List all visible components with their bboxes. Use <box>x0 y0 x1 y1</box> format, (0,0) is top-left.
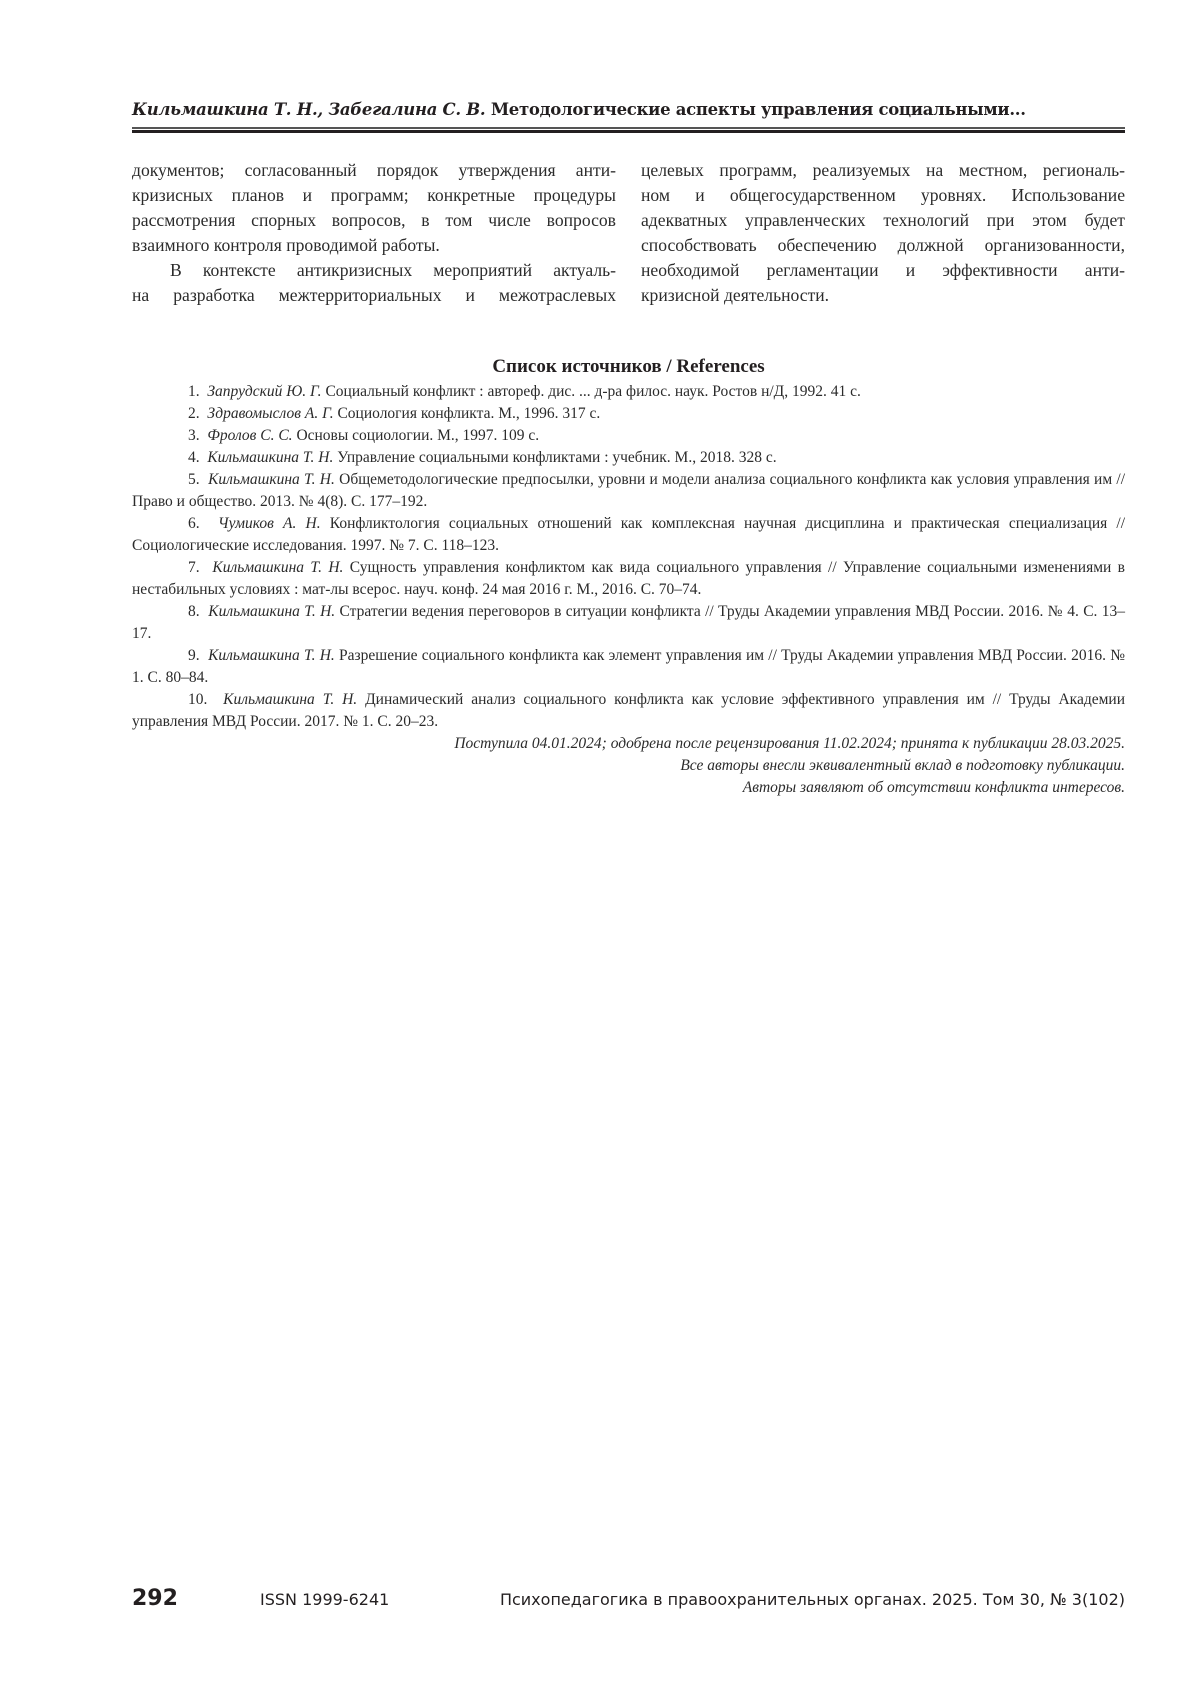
page-footer: 292 ISSN 1999-6241 Психопедагогика в пра… <box>132 1586 1125 1614</box>
text-line: на разработка межтерриториальных и межот… <box>132 283 616 308</box>
running-head: Кильмашкина Т. Н., Забегалина С. В. Мето… <box>132 100 1125 119</box>
reference-number: 9. <box>188 647 200 664</box>
text-line: В контексте антикризисных мероприятий ак… <box>132 258 616 283</box>
reference-number: 2. <box>188 405 200 422</box>
reference-author: Кильмашкина Т. Н. <box>207 449 333 466</box>
reference-author: Фролов С. С. <box>207 427 292 444</box>
reference-text: Социальный конфликт : автореф. дис. ... … <box>325 383 860 400</box>
reference-number: 4. <box>188 449 200 466</box>
text-line: целевых программ, реализуемых на местном… <box>641 158 1125 183</box>
reference-author: Кильмашкина Т. Н. <box>208 471 335 488</box>
text-line: кризисных планов и программ; конкретные … <box>132 183 616 208</box>
text-line: необходимой регламентации и эффективност… <box>641 258 1125 283</box>
text-line: документов; согласованный порядок утверж… <box>132 158 616 183</box>
reference-number: 5. <box>188 471 200 488</box>
submission-dates: Поступила 04.01.2024; одобрена после рец… <box>132 733 1125 755</box>
conflict-statement: Авторы заявляют об отсутствии конфликта … <box>132 777 1125 799</box>
publication-notes: Поступила 04.01.2024; одобрена после рец… <box>132 733 1125 799</box>
page-number: 292 <box>132 1586 178 1611</box>
running-head-authors: Кильмашкина Т. Н., Забегалина С. В. <box>132 100 485 119</box>
reference-text: Социология конфликта. М., 1996. 317 с. <box>337 405 600 422</box>
reference-item: 9. Кильмашкина Т. Н. Разрешение социальн… <box>132 645 1125 689</box>
reference-number: 3. <box>188 427 200 444</box>
text-line: адекватных управленческих технологий при… <box>641 208 1125 233</box>
reference-item: 2. Здравомыслов А. Г. Социология конфлик… <box>132 403 1125 425</box>
journal-page: Кильмашкина Т. Н., Забегалина С. В. Мето… <box>0 0 1200 1697</box>
reference-author: Кильмашкина Т. Н. <box>208 647 335 664</box>
reference-author: Запрудский Ю. Г. <box>207 383 321 400</box>
reference-item: 7. Кильмашкина Т. Н. Сущность управления… <box>132 557 1125 601</box>
reference-author: Кильмашкина Т. Н. <box>208 603 335 620</box>
reference-author: Здравомыслов А. Г. <box>207 405 333 422</box>
header-rule-thin <box>132 127 1125 129</box>
reference-author: Чумиков А. Н. <box>218 515 321 532</box>
contribution-statement: Все авторы внесли эквивалентный вклад в … <box>132 755 1125 777</box>
issn: ISSN 1999-6241 <box>260 1590 389 1609</box>
reference-number: 1. <box>188 383 200 400</box>
body-paragraph-1: документов; согласованный порядок утверж… <box>132 158 616 258</box>
reference-number: 10. <box>188 691 207 708</box>
references-list: 1. Запрудский Ю. Г. Социальный конфликт … <box>132 381 1125 733</box>
journal-citation: Психопедагогика в правоохранительных орг… <box>500 1590 1125 1609</box>
references-heading: Список источников / References <box>132 356 1125 378</box>
text-line: взаимного контроля проводимой работы. <box>132 233 616 258</box>
body-paragraph-2: В контексте антикризисных мероприятий ак… <box>132 258 616 308</box>
reference-item: 6. Чумиков А. Н. Конфликтология социальн… <box>132 513 1125 557</box>
header-rule-thick <box>132 130 1125 133</box>
reference-item: 1. Запрудский Ю. Г. Социальный конфликт … <box>132 381 1125 403</box>
body-paragraph-3: целевых программ, реализуемых на местном… <box>641 158 1125 308</box>
text-line: ном и общегосударственном уровнях. Испол… <box>641 183 1125 208</box>
text-line: рассмотрения спорных вопросов, в том чис… <box>132 208 616 233</box>
reference-number: 6. <box>188 515 200 532</box>
running-head-title: Методологические аспекты управления соци… <box>491 100 1026 119</box>
text-line: способствовать обеспечению должной орган… <box>641 233 1125 258</box>
reference-author: Кильмашкина Т. Н. <box>223 691 357 708</box>
reference-text: Управление социальными конфликтами : уче… <box>337 449 776 466</box>
reference-item: 8. Кильмашкина Т. Н. Стратегии ведения п… <box>132 601 1125 645</box>
reference-number: 7. <box>188 559 200 576</box>
reference-item: 3. Фролов С. С. Основы социологии. М., 1… <box>132 425 1125 447</box>
reference-item: 4. Кильмашкина Т. Н. Управление социальн… <box>132 447 1125 469</box>
reference-author: Кильмашкина Т. Н. <box>212 559 343 576</box>
text-line: кризисной деятельности. <box>641 283 1125 308</box>
reference-number: 8. <box>188 603 200 620</box>
reference-text: Основы социологии. М., 1997. 109 с. <box>296 427 539 444</box>
body-column-left: документов; согласованный порядок утверж… <box>132 158 616 308</box>
body-column-right: целевых программ, реализуемых на местном… <box>641 158 1125 308</box>
reference-item: 10. Кильмашкина Т. Н. Динамический анали… <box>132 689 1125 733</box>
reference-item: 5. Кильмашкина Т. Н. Общеметодологически… <box>132 469 1125 513</box>
